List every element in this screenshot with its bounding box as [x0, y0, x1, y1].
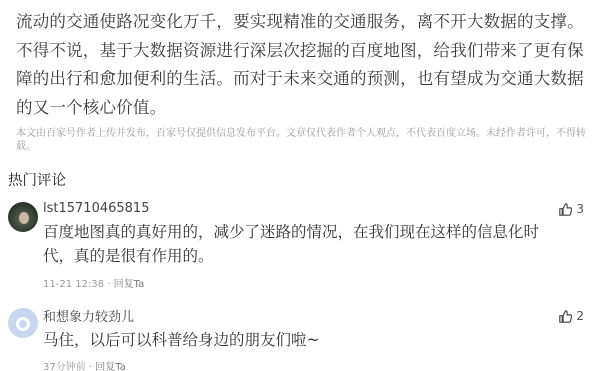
comment-time: 11-21 12:38 — [43, 279, 104, 290]
user-avatar[interactable] — [8, 202, 38, 232]
like-count: 3 — [576, 202, 584, 216]
comment-username[interactable]: 和想象力较劲儿 — [43, 306, 134, 325]
thumbs-up-icon — [559, 203, 572, 216]
comment-meta: 11-21 12:38 · 回复Ta — [43, 275, 144, 290]
like-button[interactable]: 3 — [559, 202, 584, 216]
comment-text: 百度地图真的真好用的，减少了迷路的情况，在我们现在这样的信息化时代，真的是很有作… — [43, 220, 563, 268]
hot-comments-title: 热门评论 — [8, 169, 66, 190]
comment-username[interactable]: lst15710465815 — [43, 201, 149, 216]
default-avatar[interactable] — [8, 308, 38, 338]
comment-text: 马住，以后可以科普给身边的朋友们啦~ — [43, 328, 563, 352]
article-body: 流动的交通使路况变化万千，要实现精准的交通服务，离不开大数据的支撑。不得不说，基… — [16, 8, 591, 122]
meta-separator: · — [107, 279, 110, 290]
comment-meta: 37分钟前 · 回复Ta — [43, 358, 126, 371]
thumbs-up-icon — [559, 310, 572, 323]
disclaimer-text: 本文由百家号作者上传并发布，百家号仅提供信息发布平台。文章仅代表作者个人观点，不… — [16, 127, 596, 153]
comment-time: 37分钟前 — [43, 362, 86, 371]
like-button[interactable]: 2 — [559, 309, 584, 323]
like-count: 2 — [576, 309, 584, 323]
reply-button[interactable]: 回复Ta — [114, 279, 145, 290]
reply-button[interactable]: 回复Ta — [95, 362, 126, 371]
meta-separator: · — [89, 362, 92, 371]
